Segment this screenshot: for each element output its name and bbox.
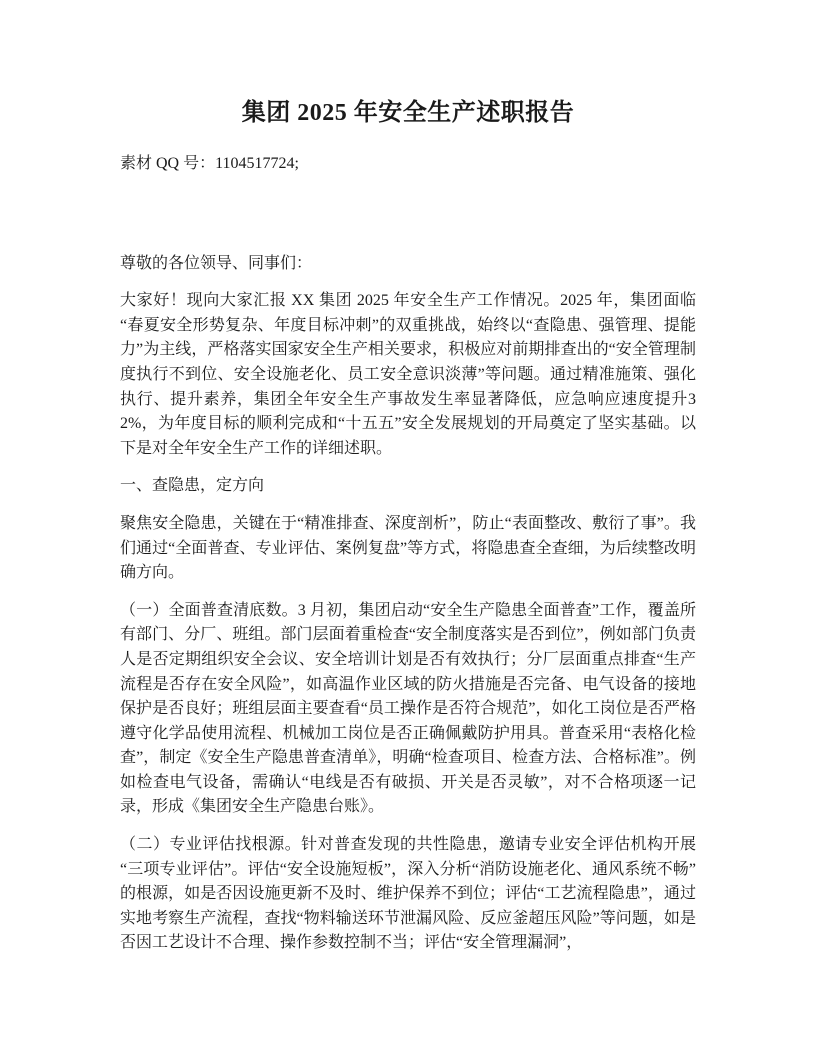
opening-paragraph: 大家好！现向大家汇报 XX 集团 2025 年安全生产工作情况。2025 年，集… [120, 289, 696, 461]
document-page: 集团 2025 年安全生产述职报告 素材 QQ 号：1104517724; 尊敬… [0, 0, 816, 1056]
section-1-intro-paragraph: 聚焦安全隐患，关键在于“精准排查、深度剖析”，防止“表面整改、敷衍了事”。我们通… [120, 512, 696, 586]
blank-lines-spacer [120, 177, 696, 252]
section-1-heading: 一、查隐患，定方向 [120, 474, 696, 499]
material-qq-line: 素材 QQ 号：1104517724; [120, 152, 696, 177]
salutation: 尊敬的各位领导、同事们： [120, 252, 696, 277]
section-1-item-2-paragraph: （二）专业评估找根源。针对普查发现的共性隐患，邀请专业安全评估机构开展“三项专业… [120, 833, 696, 956]
document-title: 集团 2025 年安全生产述职报告 [120, 97, 696, 129]
section-1-item-1-paragraph: （一）全面普查清底数。3 月初，集团启动“安全生产隐患全面普查”工作，覆盖所有部… [120, 599, 696, 820]
